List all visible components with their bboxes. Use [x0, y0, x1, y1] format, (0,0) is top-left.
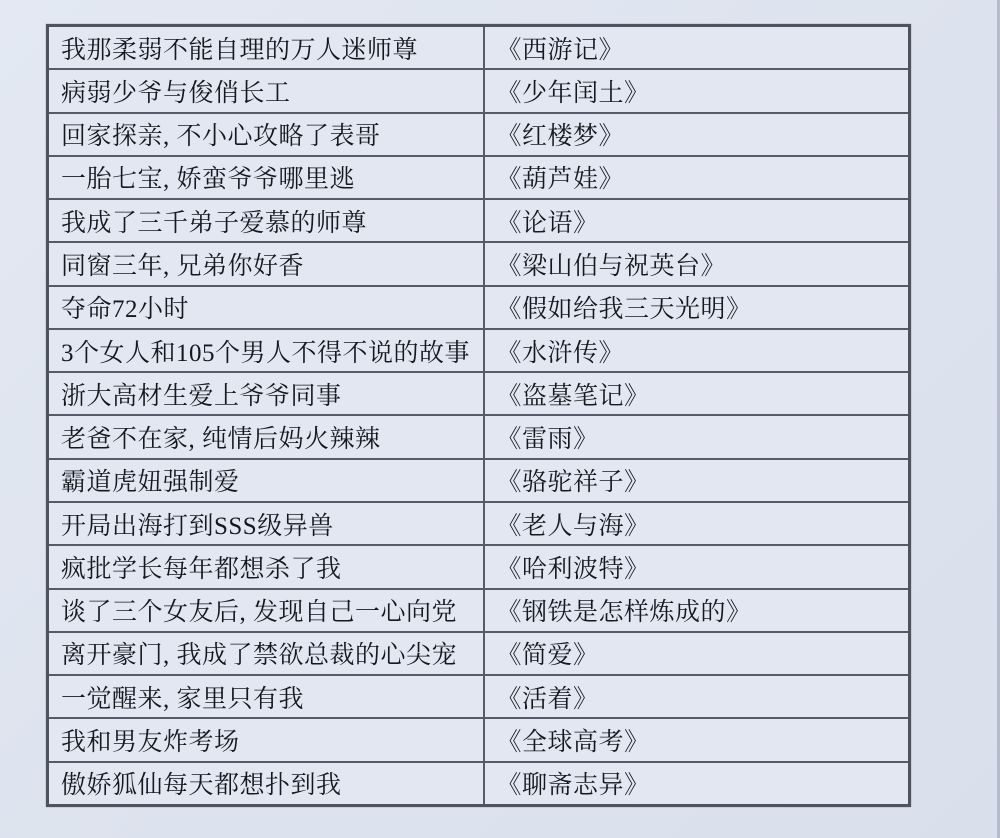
table-row: 病弱少爷与俊俏长工《少年闰土》: [48, 69, 910, 112]
book-title-cell: 《盗墓笔记》: [484, 372, 910, 415]
table-row: 回家探亲, 不小心攻略了表哥《红楼梦》: [48, 113, 910, 156]
spoof-title-cell: 离开豪门, 我成了禁欲总裁的心尖宠: [48, 632, 484, 675]
table-row: 老爸不在家, 纯情后妈火辣辣《雷雨》: [48, 415, 910, 458]
table-row: 开局出海打到SSS级异兽《老人与海》: [48, 502, 910, 545]
spoof-title-cell: 浙大高材生爱上爷爷同事: [48, 372, 484, 415]
spoof-title-cell: 霸道虎妞强制爱: [48, 459, 484, 502]
book-title-cell: 《全球高考》: [484, 718, 910, 761]
table-row: 夺命72小时《假如给我三天光明》: [48, 286, 910, 329]
book-title-cell: 《哈利波特》: [484, 545, 910, 588]
table-row: 我和男友炸考场《全球高考》: [48, 718, 910, 761]
spoof-title-cell: 同窗三年, 兄弟你好香: [48, 242, 484, 285]
spoof-title-cell: 夺命72小时: [48, 286, 484, 329]
spoof-title-cell: 我那柔弱不能自理的万人迷师尊: [48, 26, 484, 70]
book-title-cell: 《水浒传》: [484, 329, 910, 372]
spoof-title-cell: 3个女人和105个男人不得不说的故事: [48, 329, 484, 372]
title-matching-table: 我那柔弱不能自理的万人迷师尊《西游记》病弱少爷与俊俏长工《少年闰土》回家探亲, …: [46, 24, 911, 807]
book-title-cell: 《葫芦娃》: [484, 156, 910, 199]
book-title-cell: 《雷雨》: [484, 415, 910, 458]
spoof-title-cell: 我和男友炸考场: [48, 718, 484, 761]
table-row: 浙大高材生爱上爷爷同事《盗墓笔记》: [48, 372, 910, 415]
spoof-title-cell: 谈了三个女友后, 发现自己一心向党: [48, 589, 484, 632]
spoof-title-cell: 病弱少爷与俊俏长工: [48, 69, 484, 112]
book-title-cell: 《梁山伯与祝英台》: [484, 242, 910, 285]
spoof-title-cell: 疯批学长每年都想杀了我: [48, 545, 484, 588]
spoof-title-cell: 一胎七宝, 娇蛮爷爷哪里逃: [48, 156, 484, 199]
table-row: 谈了三个女友后, 发现自己一心向党《钢铁是怎样炼成的》: [48, 589, 910, 632]
table-row: 离开豪门, 我成了禁欲总裁的心尖宠《简爱》: [48, 632, 910, 675]
book-title-cell: 《骆驼祥子》: [484, 459, 910, 502]
photo-background: { "page": { "background_color": "#dde3ee…: [0, 0, 1000, 838]
book-title-cell: 《钢铁是怎样炼成的》: [484, 589, 910, 632]
spoof-title-cell: 老爸不在家, 纯情后妈火辣辣: [48, 415, 484, 458]
table-body: 我那柔弱不能自理的万人迷师尊《西游记》病弱少爷与俊俏长工《少年闰土》回家探亲, …: [48, 26, 910, 806]
table-row: 同窗三年, 兄弟你好香《梁山伯与祝英台》: [48, 242, 910, 285]
spoof-title-cell: 开局出海打到SSS级异兽: [48, 502, 484, 545]
table-row: 傲娇狐仙每天都想扑到我《聊斋志异》: [48, 762, 910, 806]
table-row: 我成了三千弟子爱慕的师尊《论语》: [48, 199, 910, 242]
spoof-title-cell: 一觉醒来, 家里只有我: [48, 675, 484, 718]
table-row: 3个女人和105个男人不得不说的故事《水浒传》: [48, 329, 910, 372]
book-title-cell: 《红楼梦》: [484, 113, 910, 156]
spoof-title-cell: 回家探亲, 不小心攻略了表哥: [48, 113, 484, 156]
table-row: 疯批学长每年都想杀了我《哈利波特》: [48, 545, 910, 588]
book-title-cell: 《聊斋志异》: [484, 762, 910, 806]
book-title-cell: 《假如给我三天光明》: [484, 286, 910, 329]
spoof-title-cell: 傲娇狐仙每天都想扑到我: [48, 762, 484, 806]
book-title-cell: 《论语》: [484, 199, 910, 242]
book-title-cell: 《少年闰土》: [484, 69, 910, 112]
spoof-title-cell: 我成了三千弟子爱慕的师尊: [48, 199, 484, 242]
table-row: 我那柔弱不能自理的万人迷师尊《西游记》: [48, 26, 910, 70]
book-title-cell: 《西游记》: [484, 26, 910, 70]
table-row: 霸道虎妞强制爱《骆驼祥子》: [48, 459, 910, 502]
book-title-cell: 《活着》: [484, 675, 910, 718]
table-row: 一胎七宝, 娇蛮爷爷哪里逃《葫芦娃》: [48, 156, 910, 199]
table-row: 一觉醒来, 家里只有我《活着》: [48, 675, 910, 718]
book-title-cell: 《老人与海》: [484, 502, 910, 545]
book-title-cell: 《简爱》: [484, 632, 910, 675]
